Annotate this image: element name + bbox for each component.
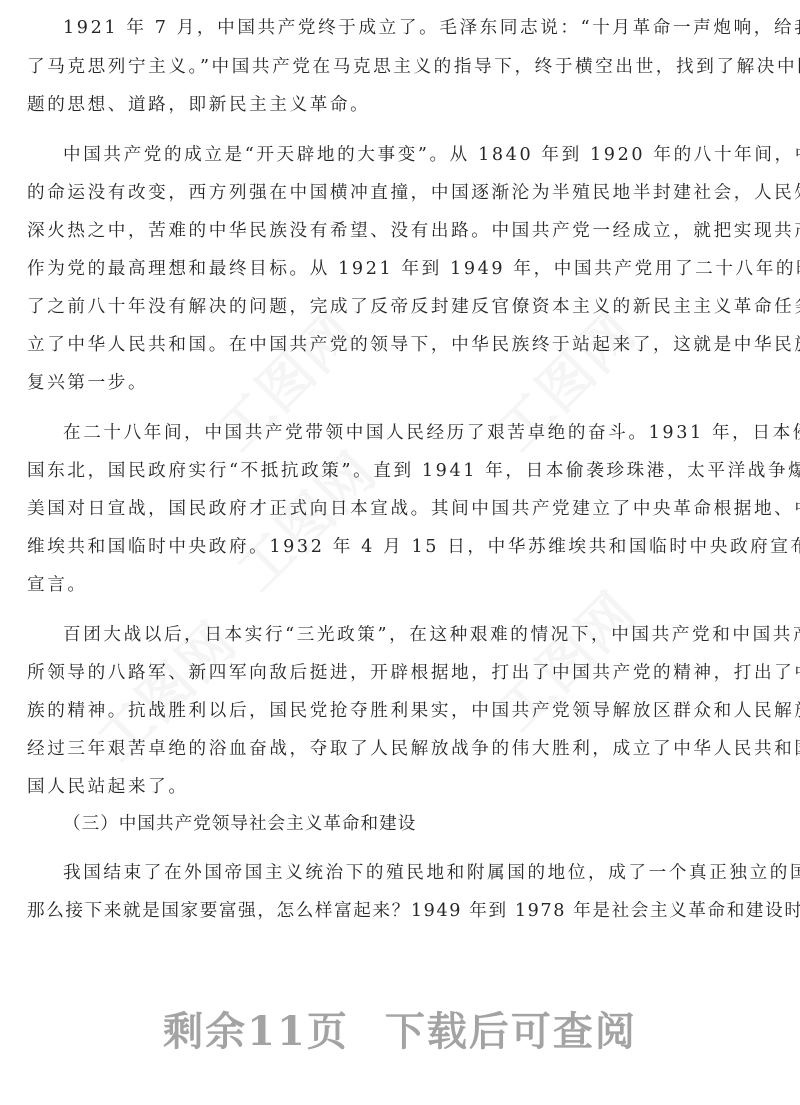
text-line: 复兴第一步。 [27, 372, 773, 394]
text-line: 我国结束了在外国帝国主义统治下的殖民地和附属国的地位，成了一个真正独立的国家。 [63, 862, 773, 884]
text-line: 宣言。 [27, 574, 773, 596]
text-line: 国东北，国民政府实行“不抵抗政策”。直到 1941 年，日本偷袭珍珠港，太平洋战… [27, 460, 773, 482]
text-line: 1921 年 7 月，中国共产党终于成立了。毛泽东同志说：“十月革命一声炮响，给… [63, 17, 773, 39]
text-line: 维埃共和国临时中央政府。1932 年 4 月 15 日，中华苏维埃共和国临时中央… [27, 536, 773, 558]
text-line: 族的精神。抗战胜利以后，国民党抢夺胜利果实，中国共产党领导解放区群众和人民解放军… [27, 700, 773, 722]
download-to-view-label[interactable]: 下载后可查阅 [385, 1008, 637, 1055]
text-line: 美国对日宣战，国民政府才正式向日本宣战。其间中国共产党建立了中央革命根据地、中华… [27, 498, 773, 520]
text-line: 题的思想、道路，即新民主主义革命。 [27, 94, 773, 116]
text-line: 那么接下来就是国家要富强，怎么样富起来？1949 年到 1978 年是社会主义革… [27, 900, 773, 922]
section-heading: （三）中国共产党领导社会主义革命和建设 [63, 813, 416, 835]
text-line: 中国共产党的成立是“开天辟地的大事变”。从 1840 年到 1920 年的八十年… [63, 144, 773, 166]
text-line: 立了中华人民共和国。在中国共产党的领导下，中华民族终于站起来了，这就是中华民族伟… [27, 334, 773, 356]
text-line: 经过三年艰苦卓绝的浴血奋战，夺取了人民解放战争的伟大胜利，成立了中华人民共和国，… [27, 738, 773, 760]
text-line: 国人民站起来了。 [27, 776, 773, 798]
download-prompt-banner[interactable]: 剩余11页下载后可查阅 [0, 1000, 800, 1057]
remaining-pages-label: 剩余11页 [163, 1008, 349, 1055]
text-line: 了马克思列宁主义。”中国共产党在马克思主义的指导下，终于横空出世，找到了解决中国… [27, 56, 773, 78]
text-line: 在二十八年间，中国共产党带领中国人民经历了艰苦卓绝的奋斗。1931 年，日本侵略… [63, 422, 773, 444]
text-line: 百团大战以后，日本实行“三光政策”，在这种艰难的情况下，中国共产党和中国共产党 [63, 624, 773, 646]
text-line: 所领导的八路军、新四军向敌后挺进，开辟根据地，打出了中国共产党的精神，打出了中华… [27, 662, 773, 684]
text-line: 了之前八十年没有解决的问题，完成了反帝反封建反官僚资本主义的新民主主义革命任务，… [27, 296, 773, 318]
text-line: 深火热之中，苦难的中华民族没有希望、没有出路。中国共产党一经成立，就把实现共产主… [27, 220, 773, 242]
text-line: 作为党的最高理想和最终目标。从 1921 年到 1949 年，中国共产党用了二十… [27, 258, 773, 280]
document-page: 工图网 工图网 工图网 工图网 工图网 1921 年 7 月，中国共产党终于成立… [0, 0, 800, 1105]
text-line: 的命运没有改变，西方列强在中国横冲直撞，中国逐渐沦为半殖民地半封建社会，人民处在… [27, 182, 773, 204]
